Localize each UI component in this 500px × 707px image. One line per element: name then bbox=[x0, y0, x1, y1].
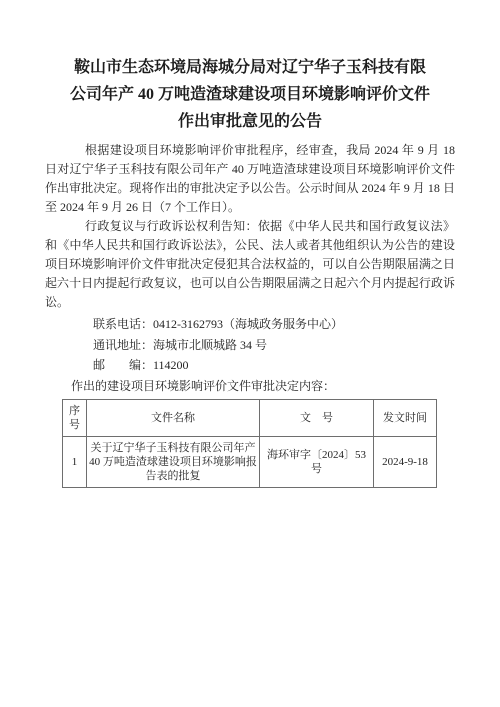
table-intro-text: 作出的建设项目环境影响评价文件审批决定内容： bbox=[45, 377, 455, 396]
paragraph-approval-decision: 根据建设项目环境影响评价审批程序，经审查，我局 2024 年 9 月 18 日对… bbox=[45, 141, 455, 217]
contact-postcode: 邮 编：114200 bbox=[45, 355, 455, 376]
table-row: 1 关于辽宁华子玉科技有限公司年产 40 万吨造渣球建设项目环境影响报告表的批复… bbox=[63, 436, 437, 487]
header-issue-date: 发文时间 bbox=[374, 399, 437, 436]
page-title-line-2: 公司年产 40 万吨造渣球建设项目环境影响评价文件 bbox=[45, 81, 455, 108]
cell-document-name: 关于辽宁华子玉科技有限公司年产 40 万吨造渣球建设项目环境影响报告表的批复 bbox=[87, 436, 260, 487]
document-body: 鞍山市生态环境局海城分局对辽宁华子玉科技有限 公司年产 40 万吨造渣球建设项目… bbox=[0, 0, 500, 488]
announcement-document: 鞍山市生态环境局海城分局对辽宁华子玉科技有限 公司年产 40 万吨造渣球建设项目… bbox=[0, 0, 500, 707]
header-document-number: 文 号 bbox=[260, 399, 374, 436]
contact-info: 联系电话：0412-3162793（海城政务服务中心） 通讯地址：海城市北顺城路… bbox=[45, 314, 455, 376]
header-document-name: 文件名称 bbox=[87, 399, 260, 436]
contact-phone: 联系电话：0412-3162793（海城政务服务中心） bbox=[45, 314, 455, 335]
table-header-row: 序号 文件名称 文 号 发文时间 bbox=[63, 399, 437, 436]
cell-issue-date: 2024-9-18 bbox=[374, 436, 437, 487]
header-serial-number: 序号 bbox=[63, 399, 87, 436]
paragraph-legal-rights: 行政复议与行政诉讼权利告知：依据《中华人民共和国行政复议法》和《中华人民共和国行… bbox=[45, 217, 455, 312]
cell-serial-number: 1 bbox=[63, 436, 87, 487]
announcement-text: 根据建设项目环境影响评价审批程序，经审查，我局 2024 年 9 月 18 日对… bbox=[45, 141, 455, 488]
contact-address: 通讯地址：海城市北顺城路 34 号 bbox=[45, 335, 455, 356]
page-title-line-1: 鞍山市生态环境局海城分局对辽宁华子玉科技有限 bbox=[45, 54, 455, 81]
page-title-line-3: 作出审批意见的公告 bbox=[45, 108, 455, 135]
page-title: 鞍山市生态环境局海城分局对辽宁华子玉科技有限 公司年产 40 万吨造渣球建设项目… bbox=[45, 54, 455, 135]
cell-document-number: 海环审字〔2024〕53 号 bbox=[260, 436, 374, 487]
decision-table: 序号 文件名称 文 号 发文时间 1 关于辽宁华子玉科技有限公司年产 40 万吨… bbox=[62, 399, 437, 488]
